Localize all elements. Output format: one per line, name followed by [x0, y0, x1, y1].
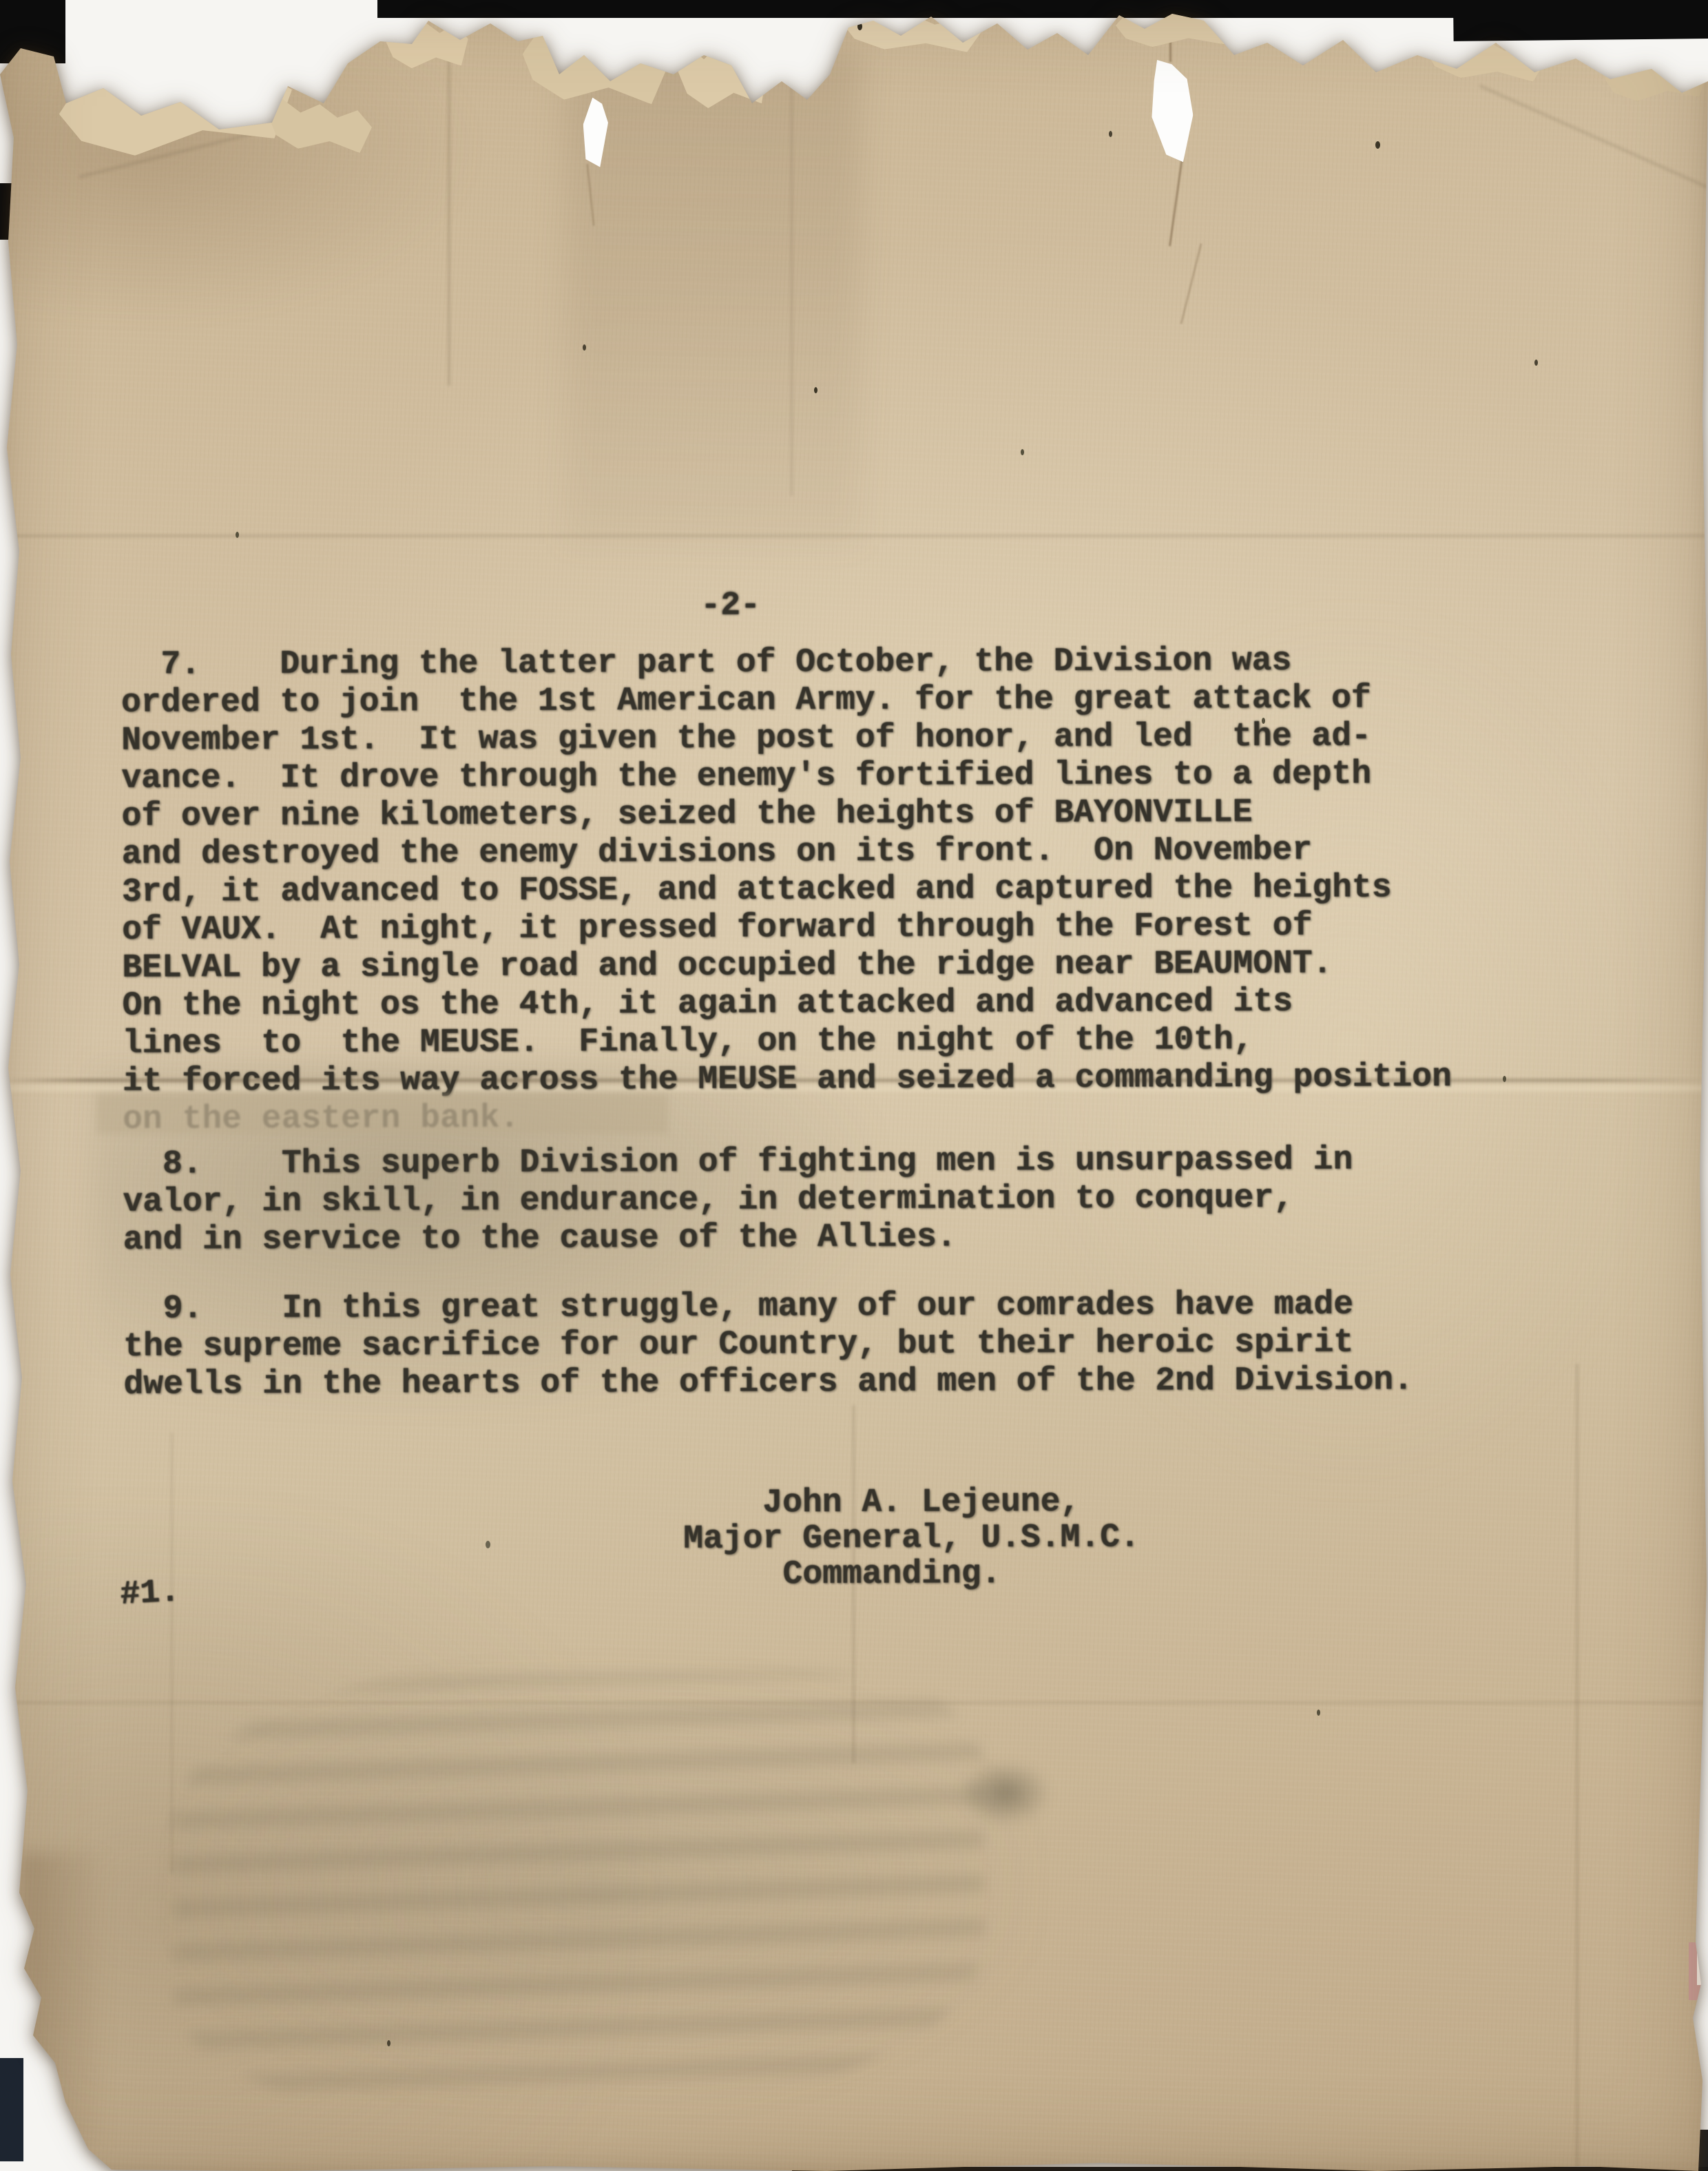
paper-surface: -2- 7. During the latter part of October… [0, 0, 1708, 2171]
text-line: Commanding. [683, 1556, 1140, 1593]
text-line: on the eastern bank. [123, 1097, 1452, 1139]
text-line: dwells in the hearts of the officers and… [123, 1362, 1413, 1404]
text-line: 3rd, it advanced to FOSSE, and attacked … [122, 869, 1451, 912]
text-line: BELVAL by a single road and occupied the… [122, 945, 1451, 988]
text-line: 8. This superb Division of fighting men … [123, 1141, 1353, 1183]
text-line: ordered to join the 1st American Army. f… [121, 680, 1450, 723]
ink-specks [0, 0, 3, 6]
page-number: -2- [700, 587, 760, 625]
paper-sheet: -2- 7. During the latter part of October… [0, 0, 1708, 2171]
signature-block: John A. Lejeune,Major General, U.S.M.C. … [683, 1484, 1140, 1593]
text-line: the supreme sacrifice for our Country, b… [123, 1324, 1413, 1367]
scanned-document-page: -2- 7. During the latter part of October… [0, 0, 1708, 2171]
text-line: Major General, U.S.M.C. [683, 1520, 1140, 1557]
text-line: valor, in skill, in endurance, in determ… [123, 1179, 1353, 1221]
text-line: vance. It drove through the enemy's fort… [121, 756, 1450, 798]
text-line: 7. During the latter part of October, th… [121, 642, 1450, 685]
text-line: of over nine kilometers, seized the heig… [122, 793, 1451, 836]
paragraph-9: 9. In this great struggle, many of our c… [123, 1286, 1413, 1404]
typewritten-text: -2- 7. During the latter part of October… [0, 0, 1708, 2171]
text-line: 9. In this great struggle, many of our c… [123, 1286, 1413, 1329]
text-line: it forced its way across the MEUSE and s… [123, 1059, 1452, 1101]
paragraph-7: 7. During the latter part of October, th… [121, 642, 1452, 1139]
text-line: of VAUX. At night, it pressed forward th… [122, 907, 1451, 950]
paragraph-8: 8. This superb Division of fighting men … [123, 1141, 1353, 1259]
text-line: On the night os the 4th, it again attack… [122, 983, 1451, 1026]
text-line: and destroyed the enemy divisions on its… [122, 831, 1451, 874]
text-line: and in service to the cause of the Allie… [123, 1217, 1353, 1259]
text-line: lines to the MEUSE. Finally, on the nigh… [123, 1021, 1452, 1063]
footer-mark: #1. [119, 1573, 180, 1614]
text-line: John A. Lejeune, [683, 1484, 1140, 1521]
text-line: November 1st. It was given the post of h… [121, 718, 1450, 760]
